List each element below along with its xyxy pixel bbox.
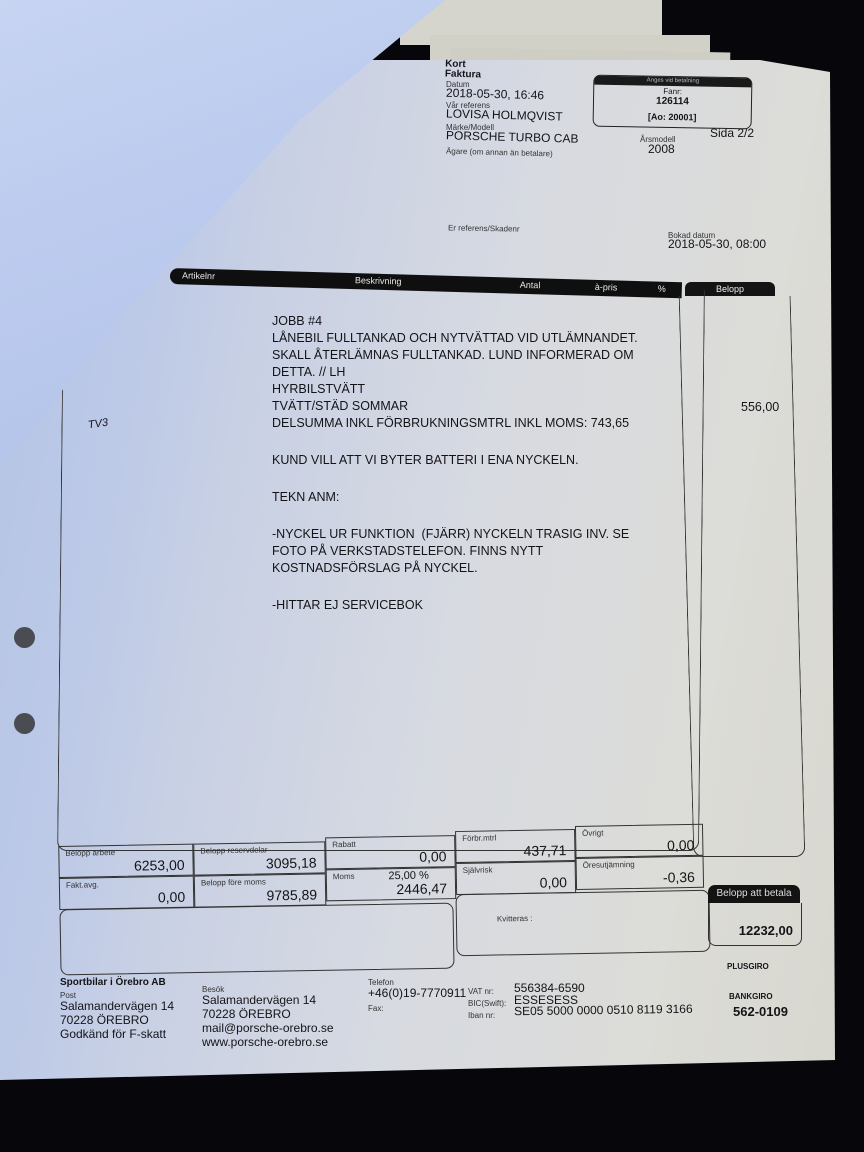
bokad-datum-value: 2018-05-30, 08:00 <box>668 237 766 251</box>
oresutjamning-label: Öresutjämning <box>583 860 635 870</box>
description-line <box>272 577 638 597</box>
belopp-reservdelar-cell: Belopp reservdelar 3095,18 <box>193 841 326 875</box>
description-line: DETTA. // LH <box>272 364 638 381</box>
kvitteras-box: Kvitteras : <box>455 890 710 956</box>
description-line: -HITTAR EJ SERVICEBOK <box>272 597 638 614</box>
column-beskrivning: Beskrivning <box>355 275 402 286</box>
belopp-att-betala-value: 12232,00 <box>739 923 793 938</box>
ovrigt-value: 0,00 <box>667 837 695 853</box>
kvitteras-label: Kvitteras : <box>497 914 533 924</box>
ovrigt-label: Övrigt <box>582 828 603 837</box>
description-line <box>272 469 638 489</box>
plusgiro-label: PLUSGIRO <box>727 962 769 971</box>
punch-hole <box>14 627 35 648</box>
belopp-fore-moms-value: 9785,89 <box>266 886 317 903</box>
belopp-column-box <box>679 296 806 857</box>
notes-box <box>59 903 454 976</box>
fakt-avg-value: 0,00 <box>158 889 186 905</box>
website-link[interactable]: www.porsche-orebro.se <box>202 1035 328 1049</box>
payment-reference-box: Anges vid betalning Fanr: 126114 [Ao: 20… <box>593 75 753 130</box>
bankgiro-value: 562-0109 <box>733 1004 788 1019</box>
rabatt-value: 0,00 <box>419 848 447 864</box>
doc-type-line2: Faktura <box>445 70 481 81</box>
arsmodell-value: 2008 <box>648 142 675 156</box>
description-line: FOTO PÅ VERKSTADSTELEFON. FINNS NYTT <box>272 543 638 560</box>
fanr-value: 126114 <box>594 95 751 109</box>
belopp-fore-moms-label: Belopp före moms <box>201 877 266 887</box>
description-line: LÅNEBIL FULLTANKAD OCH NYTVÄTTAD VID UTL… <box>272 330 638 347</box>
moms-value: 2446,47 <box>396 880 447 897</box>
ao-number: [Ao: 20001] <box>594 111 751 124</box>
sjalvrisk-label: Självrisk <box>463 865 493 875</box>
post-street: Salamandervägen 14 <box>60 999 174 1013</box>
punch-hole <box>14 713 35 734</box>
fakt-avg-cell: Fakt.avg. 0,00 <box>59 876 195 910</box>
besok-street: Salamandervägen 14 <box>202 993 316 1007</box>
ovrigt-cell: Övrigt 0,00 <box>575 824 704 858</box>
iban-value: SE05 5000 0000 0510 8119 3166 <box>514 1002 693 1018</box>
forbr-mtrl-value: 437,71 <box>523 842 566 859</box>
bic-label: BIC(Swift): <box>468 999 506 1008</box>
belopp-att-betala-label: Belopp att betala <box>708 885 800 903</box>
oresutjamning-value: -0,36 <box>663 869 695 886</box>
datum-value: 2018-05-30, 16:46 <box>446 86 544 103</box>
forbr-mtrl-cell: Förbr.mtrl 437,71 <box>455 829 576 863</box>
sjalvrisk-cell: Självrisk 0,00 <box>456 861 577 895</box>
post-city: 70228 ÖREBRO <box>60 1013 149 1027</box>
column-artikelnr: Artikelnr <box>182 270 215 281</box>
fakt-avg-label: Fakt.avg. <box>66 880 99 890</box>
telefon-value: +46(0)19-7770911 <box>368 986 466 1000</box>
line-item-description: JOBB #4LÅNEBIL FULLTANKAD OCH NYTVÄTTAD … <box>272 313 638 614</box>
var-referens-value: LOVISA HOLMQVIST <box>446 106 563 123</box>
forbr-mtrl-label: Förbr.mtrl <box>462 833 496 843</box>
belopp-reservdelar-value: 3095,18 <box>266 854 317 871</box>
company-name: Sportbilar i Örebro AB <box>60 977 166 988</box>
description-line: DELSUMMA INKL FÖRBRUKNINGSMTRL INKL MOMS… <box>272 415 638 432</box>
moms-label: Moms <box>333 872 355 881</box>
belopp-reservdelar-label: Belopp reservdelar <box>200 845 267 855</box>
er-referens-label: Er referens/Skadenr <box>448 223 520 233</box>
bankgiro-label: BANKGIRO <box>729 992 773 1001</box>
belopp-arbete-cell: Belopp arbete 6253,00 <box>58 844 194 878</box>
belopp-fore-moms-cell: Belopp före moms 9785,89 <box>194 873 327 907</box>
belopp-arbete-value: 6253,00 <box>134 857 185 874</box>
description-line: HYRBILSTVÄTT <box>272 381 638 398</box>
description-line: KUND VILL ATT VI BYTER BATTERI I ENA NYC… <box>272 452 638 469</box>
vat-label: VAT nr: <box>468 987 494 996</box>
oresutjamning-cell: Öresutjämning -0,36 <box>576 856 705 890</box>
doc-type: Kort Faktura <box>445 60 482 81</box>
belopp-att-betala-box: 12232,00 <box>708 903 802 946</box>
description-line: SKALL ÅTERLÄMNAS FULLTANKAD. LUND INFORM… <box>272 347 638 364</box>
description-line: -NYCKEL UR FUNKTION (FJÄRR) NYCKELN TRAS… <box>272 526 638 543</box>
email-link[interactable]: mail@porsche-orebro.se <box>202 1021 334 1035</box>
description-line: TEKN ANM: <box>272 489 638 506</box>
besok-city: 70228 ÖREBRO <box>202 1007 291 1021</box>
description-line: TVÄTT/STÄD SOMMAR <box>272 398 638 415</box>
iban-label: Iban nr: <box>468 1011 495 1020</box>
description-line: JOBB #4 <box>272 313 638 330</box>
description-line <box>272 432 638 452</box>
description-line: KOSTNADSFÖRSLAG PÅ NYCKEL. <box>272 560 638 577</box>
f-skatt: Godkänd för F-skatt <box>60 1027 166 1041</box>
fax-label: Fax: <box>368 1004 384 1013</box>
belopp-arbete-label: Belopp arbete <box>65 848 115 858</box>
moms-cell: Moms 25,00 % 2446,47 <box>326 867 457 901</box>
rabatt-label: Rabatt <box>332 840 356 849</box>
column-antal: Antal <box>520 280 541 291</box>
description-line <box>272 506 638 526</box>
rabatt-cell: Rabatt 0,00 <box>325 835 456 869</box>
sjalvrisk-value: 0,00 <box>540 874 568 890</box>
line-belopp-value: 556,00 <box>741 400 779 414</box>
